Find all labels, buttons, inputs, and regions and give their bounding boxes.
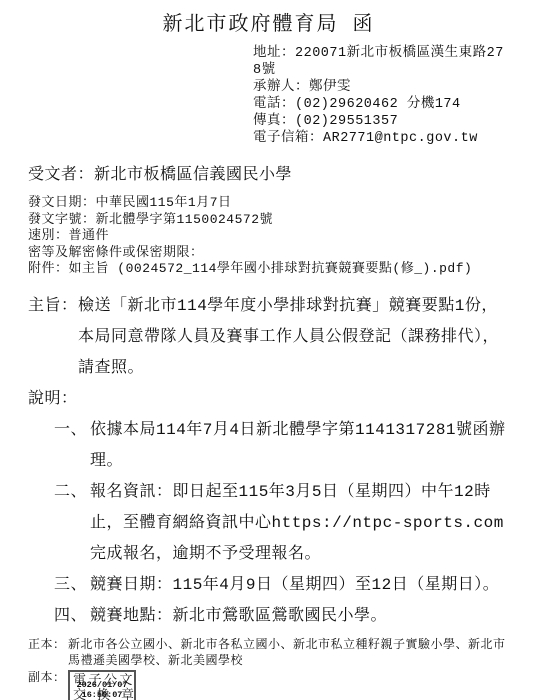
official-letter-document: 新北市政府體育局 函 地址：220071新北市板橋區漢生東路278號 承辦人：鄭… [0, 0, 533, 700]
electronic-exchange-stamp: 電子公文 交換章 2026/01/07 16:50:07 [68, 670, 136, 700]
agency-email: 電子信箱：AR2771@ntpc.gov.tw [253, 130, 511, 147]
agency-phone: 電話：(02)29620462 分機174 [253, 96, 511, 113]
explanation-item-2: 二、 報名資訊：即日起至115年3月5日（星期四）中午12時止，至體育網絡資訊中… [54, 477, 509, 570]
agency-info-block: 地址：220071新北市板橋區漢生東路278號 承辦人：鄭伊雯 電話：(02)2… [253, 45, 511, 147]
item-2-text: 報名資訊：即日起至115年3月5日（星期四）中午12時止，至體育網絡資訊中心ht… [90, 477, 509, 570]
explanation-item-3: 三、 競賽日期：115年4月9日（星期四）至12日（星期日）。 [54, 570, 509, 601]
item-3-marker: 三、 [54, 570, 90, 601]
attachment-line: 附件：如主旨 (0024572_114學年國小排球對抗賽競賽要點(修_).pdf… [28, 261, 509, 278]
explanation-item-1: 一、 依據本局114年7月4日新北體學字第1141317281號函辦理。 [54, 415, 509, 477]
explanation-item-4: 四、 競賽地點：新北市鶯歌區鶯歌國民小學。 [54, 601, 509, 632]
subject-label: 主旨： [28, 291, 78, 384]
item-3-text: 競賽日期：115年4月9日（星期四）至12日（星期日）。 [90, 570, 509, 601]
agency-contact-person: 承辦人：鄭伊雯 [253, 79, 511, 96]
agency-address: 地址：220071新北市板橋區漢生東路278號 [253, 45, 511, 79]
item-4-text: 競賽地點：新北市鶯歌區鶯歌國民小學。 [90, 601, 509, 632]
item-1-text: 依據本局114年7月4日新北體學字第1141317281號函辦理。 [90, 415, 509, 477]
document-meta-block: 發文日期：中華民國115年1月7日 發文字號：新北體學字第1150024572號… [28, 195, 509, 278]
subject-text: 檢送「新北市114學年度小學排球對抗賽」競賽要點1份，本局同意帶隊人員及賽事工作… [78, 291, 509, 384]
item-4-marker: 四、 [54, 601, 90, 632]
document-title: 新北市政府體育局 函 [28, 12, 509, 40]
issue-date-line: 發文日期：中華民國115年1月7日 [28, 195, 509, 212]
stamp-date: 2026/01/07 [70, 680, 134, 690]
cc-copy-label: 副本： [28, 670, 68, 686]
cc-copy-row: 副本： 電子公文 交換章 2026/01/07 16:50:07 [28, 670, 509, 700]
original-copy-recipients: 新北市各公立國小、新北市各私立國小、新北市私立種籽親子實驗小學、新北市馬禮遜美國… [68, 637, 509, 669]
copies-block: 正本： 新北市各公立國小、新北市各私立國小、新北市私立種籽親子實驗小學、新北市馬… [28, 637, 509, 700]
recipient-line: 受文者：新北市板橋區信義國民小學 [28, 164, 509, 186]
subject-section: 主旨： 檢送「新北市114學年度小學排球對抗賽」競賽要點1份，本局同意帶隊人員及… [28, 291, 509, 384]
doc-number-line: 發文字號：新北體學字第1150024572號 [28, 212, 509, 229]
original-copy-label: 正本： [28, 637, 68, 669]
security-line: 密等及解密條件或保密期限： [28, 245, 509, 262]
item-2-marker: 二、 [54, 477, 90, 570]
item-1-marker: 一、 [54, 415, 90, 477]
stamp-time: 16:50:07 [70, 690, 134, 700]
speed-line: 速別：普通件 [28, 228, 509, 245]
agency-fax: 傳真：(02)29551357 [253, 113, 511, 130]
original-copy-row: 正本： 新北市各公立國小、新北市各私立國小、新北市私立種籽親子實驗小學、新北市馬… [28, 637, 509, 669]
explanation-label: 說明： [28, 384, 509, 415]
explanation-list: 一、 依據本局114年7月4日新北體學字第1141317281號函辦理。 二、 … [28, 415, 509, 632]
stamp-timestamp: 2026/01/07 16:50:07 [70, 680, 134, 700]
